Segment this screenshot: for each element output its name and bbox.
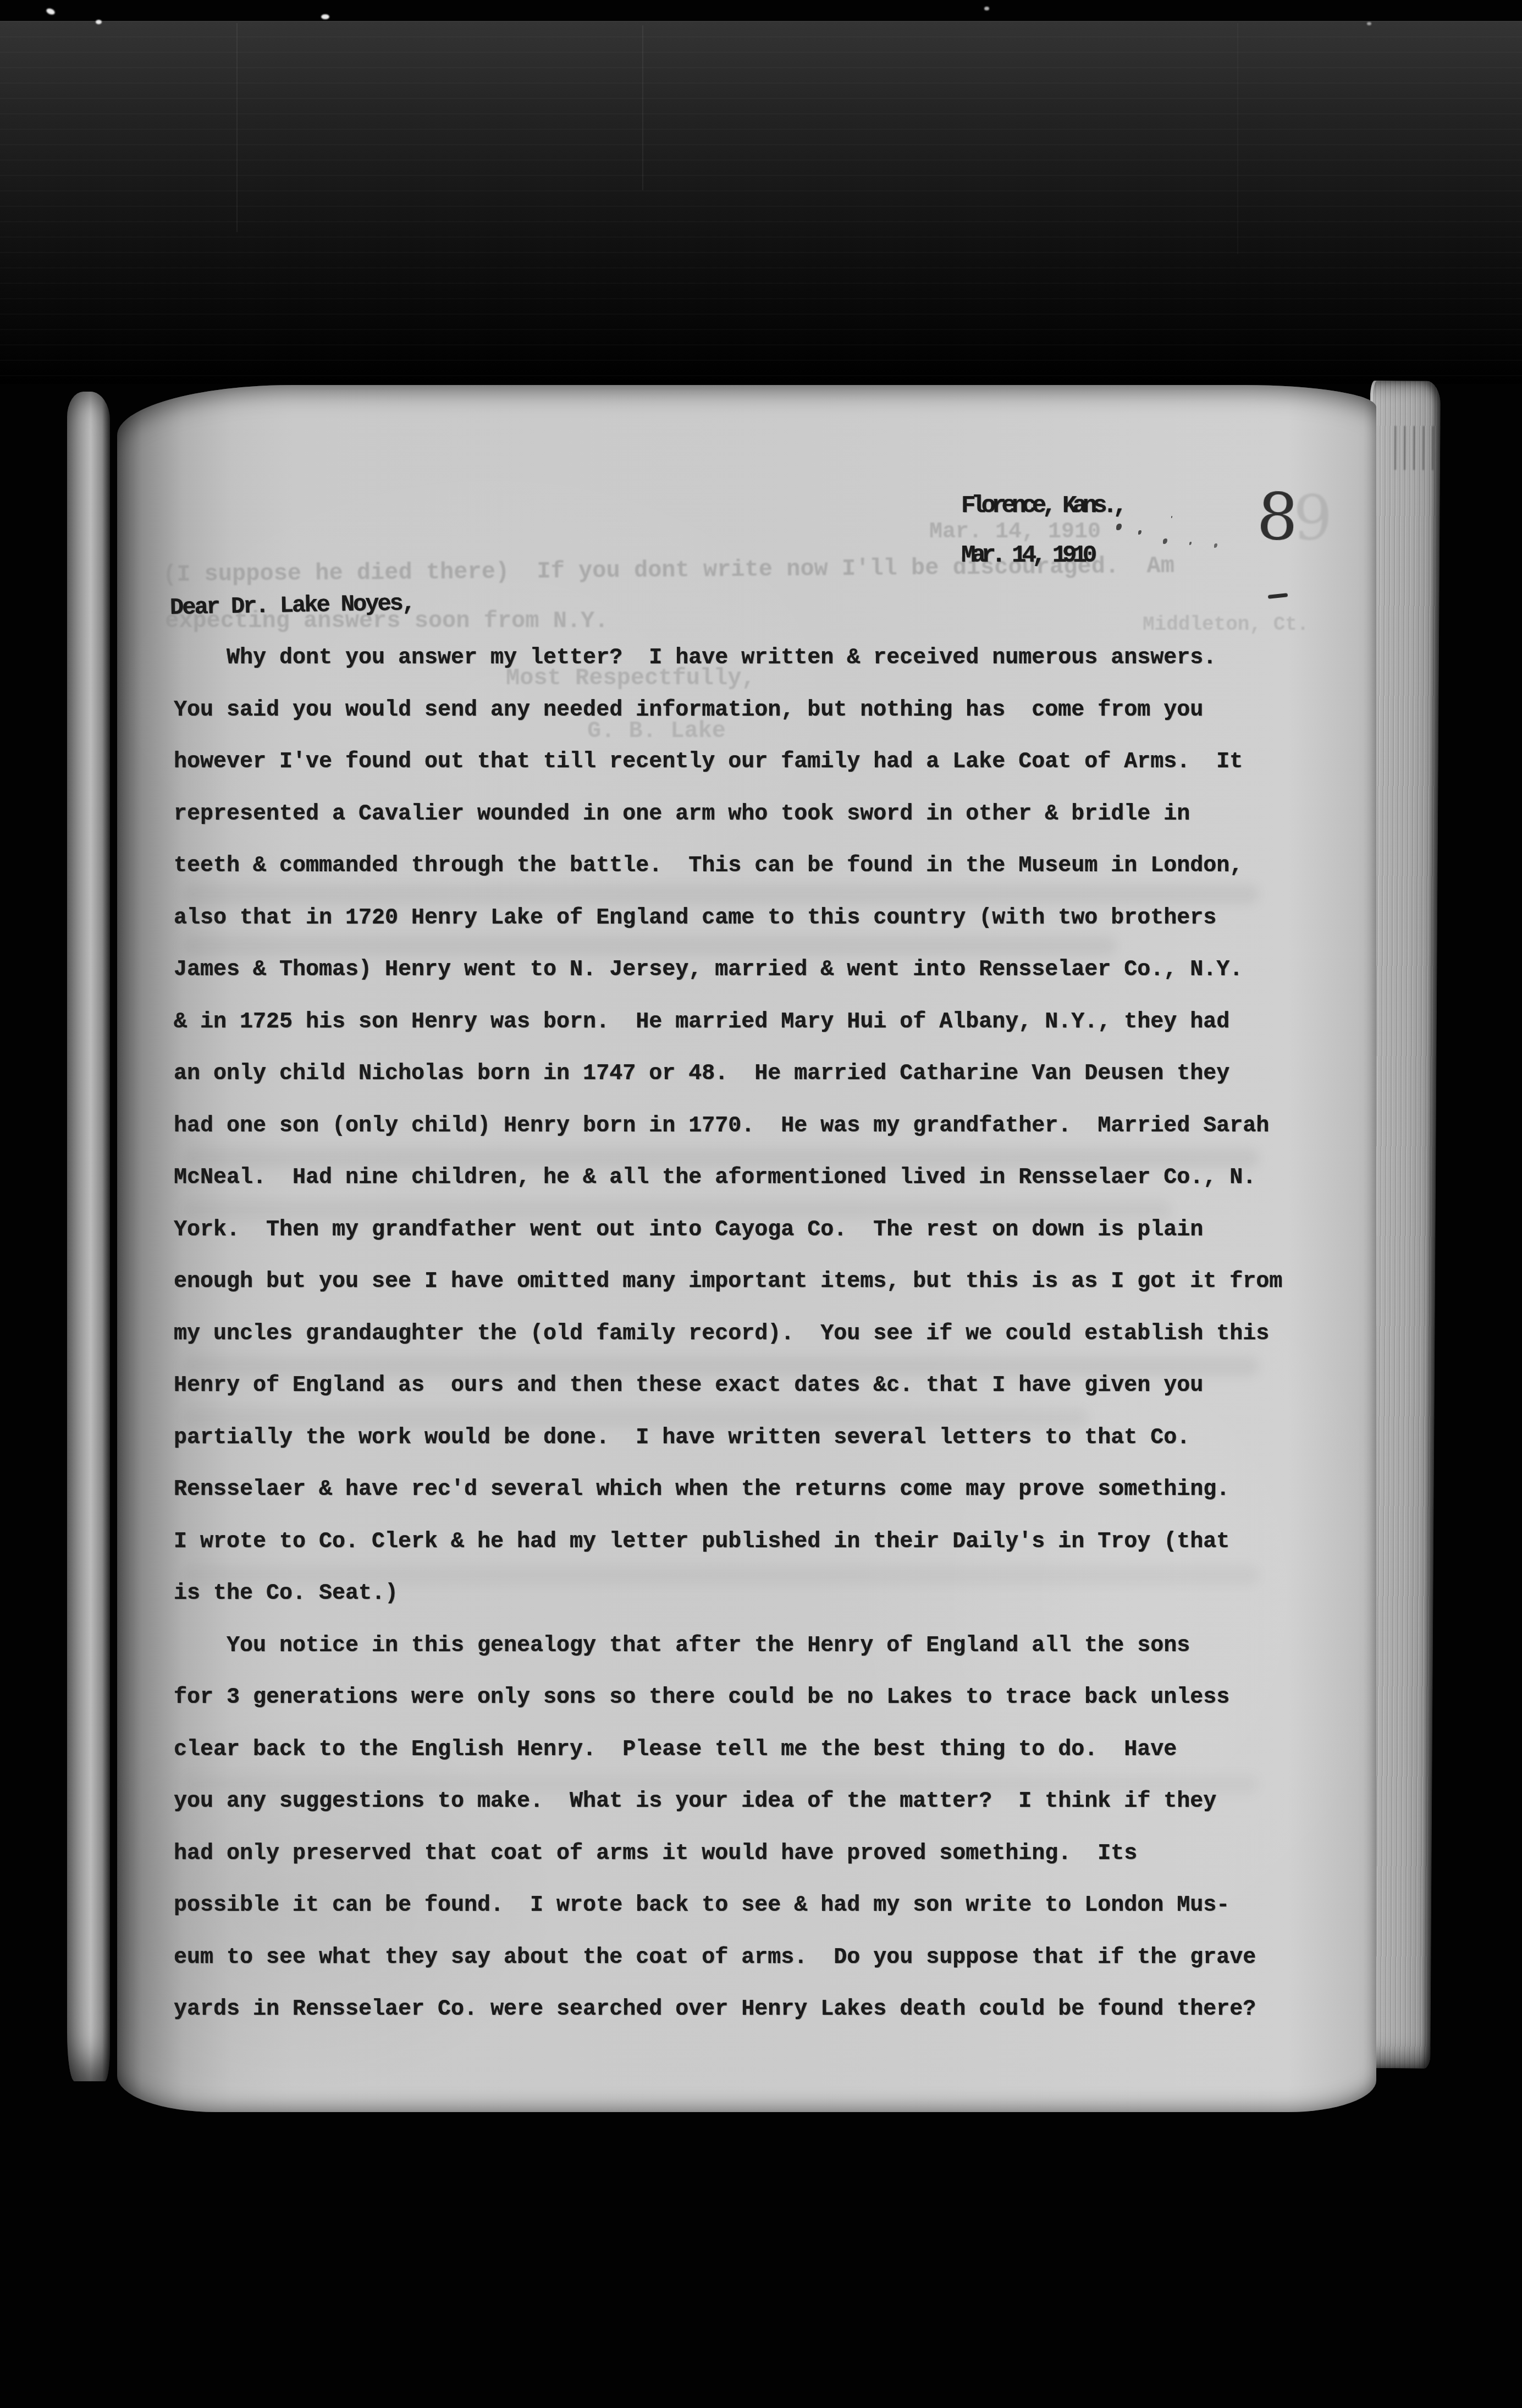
film-speck <box>96 20 102 24</box>
letter-line: McNeal. Had nine children, he & all the … <box>174 1152 1282 1205</box>
handwritten-page-number: 8 <box>1255 483 1300 550</box>
letter-line: had only preserved that coat of arms it … <box>174 1828 1282 1881</box>
letter-line: yards in Rensselaer Co. were searched ov… <box>174 1984 1282 2036</box>
film-scratch <box>1237 23 1238 254</box>
letter-line: York. Then my grandfather went out into … <box>174 1205 1282 1257</box>
salutation: Dear Dr. Lake Noyes, <box>170 592 415 619</box>
letter-line: clear back to the English Henry. Please … <box>174 1724 1282 1777</box>
heading-date-line: Mar. 14, 1910 <box>961 543 1093 568</box>
letter-line: had one son (only child) Henry born in 1… <box>174 1101 1282 1153</box>
film-speck <box>321 14 329 19</box>
pen-mark <box>1268 593 1288 599</box>
letter-line: however I've found out that till recentl… <box>174 736 1282 789</box>
letter-line: & in 1725 his son Henry was born. He mar… <box>174 997 1282 1049</box>
letter-line: teeth & commanded through the battle. Th… <box>174 840 1282 893</box>
film-glare-band <box>0 21 1522 384</box>
film-speck <box>1367 22 1371 25</box>
heading-place-line: Florence, Kans., <box>961 494 1123 518</box>
letter-line: you any suggestions to make. What is you… <box>174 1776 1282 1828</box>
film-scratch <box>642 25 643 190</box>
ghost-date: Mar. 14, 1910 <box>929 521 1101 543</box>
letter-line: You notice in this genealogy that after … <box>174 1620 1282 1673</box>
letter-line: an only child Nicholas born in 1747 or 4… <box>174 1048 1282 1101</box>
letter-body: Why dont you answer my letter? I have wr… <box>174 633 1282 2036</box>
film-speck <box>46 7 56 15</box>
letter-line: possible it can be found. I wrote back t… <box>174 1880 1282 1932</box>
letter-line: for 3 generations were only sons so ther… <box>174 1672 1282 1724</box>
letter-line: also that in 1720 Henry Lake of England … <box>174 893 1282 945</box>
letter-line: Henry of England as ours and then these … <box>174 1360 1282 1412</box>
letter-line: represented a Cavalier wounded in one ar… <box>174 789 1282 841</box>
letter-line: my uncles grandaughter the (old family r… <box>174 1309 1282 1361</box>
letter-line: James & Thomas) Henry went to N. Jersey,… <box>174 944 1282 997</box>
film-scratch <box>236 23 238 232</box>
letter-line: is the Co. Seat.) <box>174 1568 1282 1620</box>
letter-line: eum to see what they say about the coat … <box>174 1932 1282 1984</box>
letter-line: You said you would send any needed infor… <box>174 685 1282 737</box>
letter-line: Why dont you answer my letter? I have wr… <box>174 633 1282 685</box>
letter-line: enough but you see I have omitted many i… <box>174 1256 1282 1309</box>
letter-line: Rensselaer & have rec'd several which wh… <box>174 1464 1282 1516</box>
adjacent-page-edge <box>67 392 110 2081</box>
letter-line: I wrote to Co. Clerk & he had my letter … <box>174 1516 1282 1569</box>
ink-smudge <box>1116 524 1122 530</box>
film-speck <box>984 7 989 10</box>
microfilm-scan-frame: (I suppose he died there) If you dont wr… <box>0 0 1522 2408</box>
letter-line: partially the work would be done. I have… <box>174 1412 1282 1465</box>
letter-page: (I suppose he died there) If you dont wr… <box>117 385 1376 2112</box>
stack-edge-marks <box>1391 426 1435 470</box>
ghost-location: Middleton, Ct. <box>1143 615 1309 635</box>
